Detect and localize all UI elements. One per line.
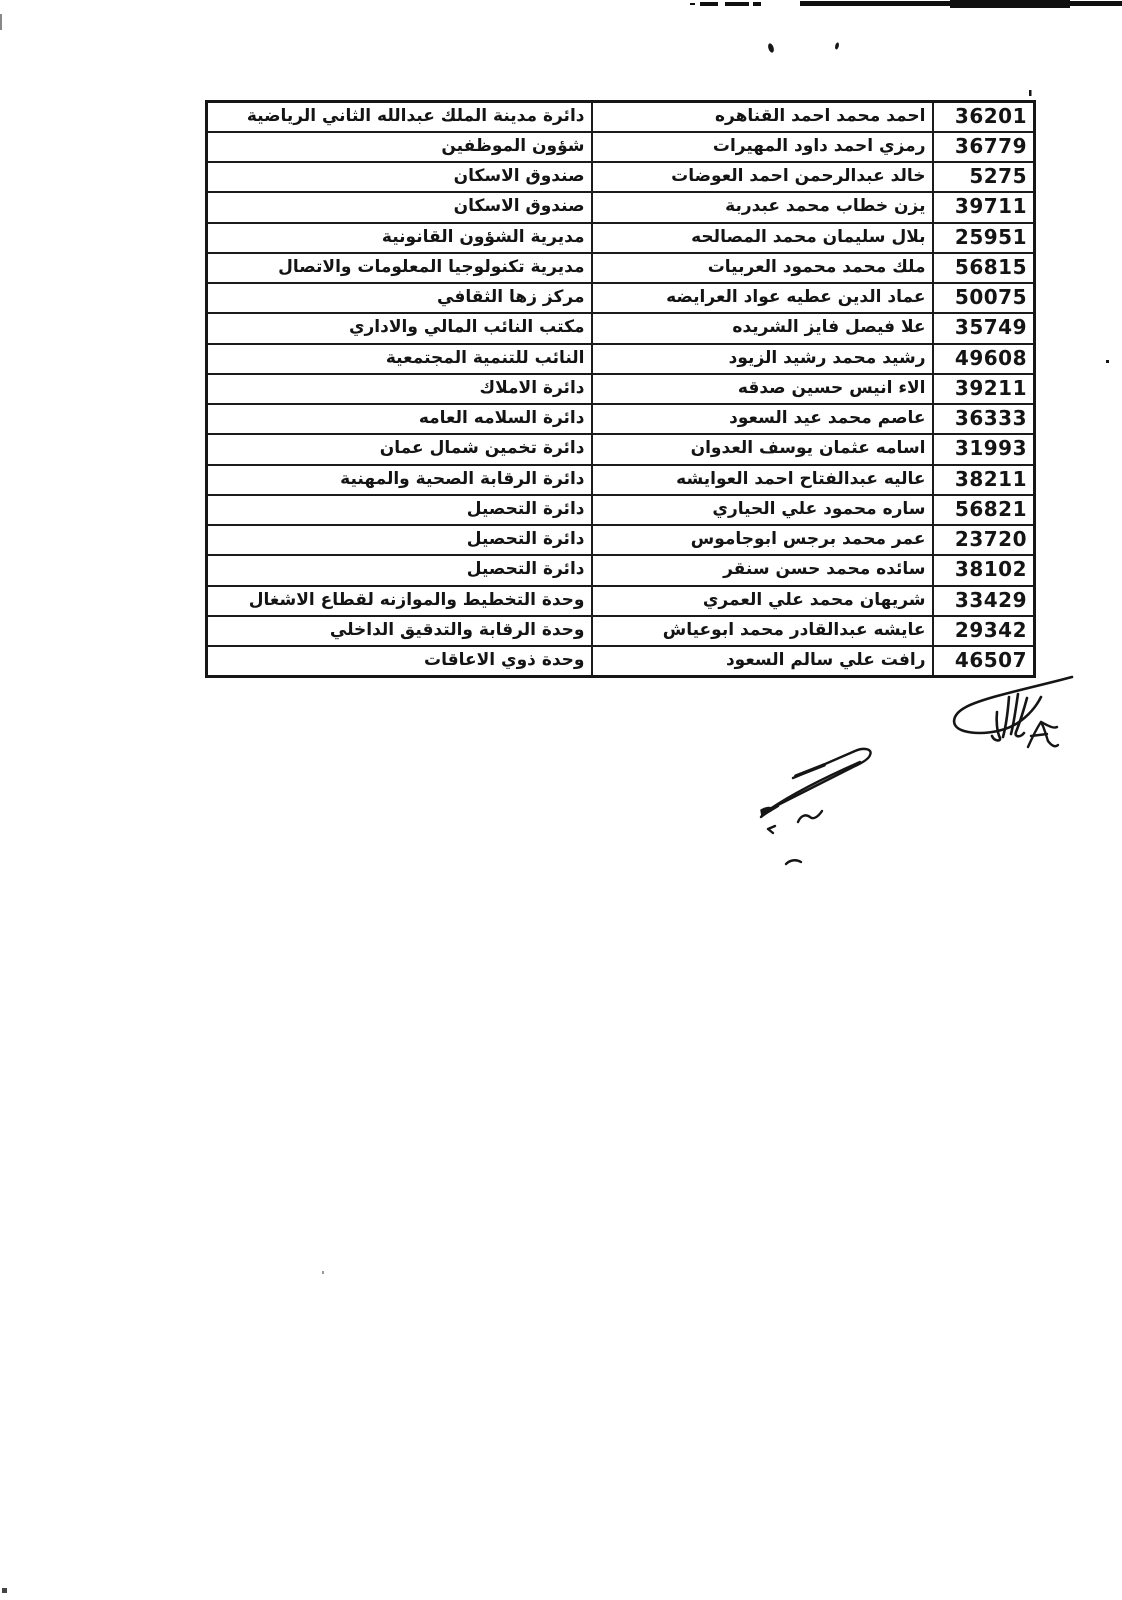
employee-name: اسامه عثمان يوسف العدوان bbox=[592, 434, 933, 464]
employee-number: 5275 bbox=[933, 162, 1035, 192]
employee-number: 36779 bbox=[933, 132, 1035, 162]
employee-department: مكتب النائب المالي والاداري bbox=[207, 313, 592, 343]
table-row: 46507 رافت علي سالم السعود وحدة ذوي الاع… bbox=[207, 646, 1035, 677]
signature-initial-icon bbox=[1028, 722, 1058, 747]
table-row: 25951 بلال سليمان محمد المصالحه مديرية ا… bbox=[207, 223, 1035, 253]
employee-number: 29342 bbox=[933, 616, 1035, 646]
employee-department: دائرة التحصيل bbox=[207, 525, 592, 555]
scanned-document-page: 36201 احمد محمد احمد القناهره دائرة مدين… bbox=[0, 0, 1122, 1600]
pen-scribble-icon bbox=[761, 749, 871, 864]
employee-name: ساره محمود علي الحياري bbox=[592, 495, 933, 525]
employee-department: دائرة التحصيل bbox=[207, 555, 592, 585]
employee-department: دائرة مدينة الملك عبدالله الثاني الرياضي… bbox=[207, 102, 592, 132]
employee-department: مركز زها الثقافي bbox=[207, 283, 592, 313]
table-row: 49608 رشيد محمد رشيد الزيود النائب للتنم… bbox=[207, 344, 1035, 374]
table-row: 39711 يزن خطاب محمد عبدربة صندوق الاسكان bbox=[207, 192, 1035, 222]
table-row: 38211 عاليه عبدالفتاح احمد العوايشه دائر… bbox=[207, 465, 1035, 495]
employee-department: النائب للتنمية المجتمعية bbox=[207, 344, 592, 374]
employee-number: 31993 bbox=[933, 434, 1035, 464]
employee-number: 56815 bbox=[933, 253, 1035, 283]
employee-name: سائده محمد حسن سنقر bbox=[592, 555, 933, 585]
table-row: 39211 الاء انيس حسين صدقه دائرة الاملاك bbox=[207, 374, 1035, 404]
employee-name: رافت علي سالم السعود bbox=[592, 646, 933, 677]
employee-department: دائرة الرقابة الصحية والمهنية bbox=[207, 465, 592, 495]
employee-name: بلال سليمان محمد المصالحه bbox=[592, 223, 933, 253]
employee-department: دائرة الاملاك bbox=[207, 374, 592, 404]
employee-name: عاليه عبدالفتاح احمد العوايشه bbox=[592, 465, 933, 495]
employee-name: شريهان محمد علي العمري bbox=[592, 586, 933, 616]
employee-roster-table: 36201 احمد محمد احمد القناهره دائرة مدين… bbox=[205, 100, 1036, 678]
signature-icon bbox=[954, 677, 1072, 740]
employee-department: دائرة التحصيل bbox=[207, 495, 592, 525]
table-row: 29342 عايشه عبدالقادر محمد ابوعياش وحدة … bbox=[207, 616, 1035, 646]
employee-department: دائرة السلامه العامه bbox=[207, 404, 592, 434]
table-row: 33429 شريهان محمد علي العمري وحدة التخطي… bbox=[207, 586, 1035, 616]
scanner-edge-artifact-icon bbox=[690, 0, 1122, 8]
employee-department: صندوق الاسكان bbox=[207, 162, 592, 192]
employee-name: خالد عبدالرحمن احمد العوضات bbox=[592, 162, 933, 192]
table-row: 31993 اسامه عثمان يوسف العدوان دائرة تخم… bbox=[207, 434, 1035, 464]
employee-number: 38102 bbox=[933, 555, 1035, 585]
employee-name: عمر محمد برجس ابوجاموس bbox=[592, 525, 933, 555]
employee-number: 23720 bbox=[933, 525, 1035, 555]
employee-number: 56821 bbox=[933, 495, 1035, 525]
employee-number: 36333 bbox=[933, 404, 1035, 434]
employee-number: 35749 bbox=[933, 313, 1035, 343]
employee-name: عاصم محمد عيد السعود bbox=[592, 404, 933, 434]
employee-department: دائرة تخمين شمال عمان bbox=[207, 434, 592, 464]
table-row: 36333 عاصم محمد عيد السعود دائرة السلامه… bbox=[207, 404, 1035, 434]
employee-department: صندوق الاسكان bbox=[207, 192, 592, 222]
table-row: 5275 خالد عبدالرحمن احمد العوضات صندوق ا… bbox=[207, 162, 1035, 192]
employee-department: مديرية الشؤون القانونية bbox=[207, 223, 592, 253]
employee-number: 25951 bbox=[933, 223, 1035, 253]
table-row: 23720 عمر محمد برجس ابوجاموس دائرة التحص… bbox=[207, 525, 1035, 555]
employee-name: احمد محمد احمد القناهره bbox=[592, 102, 933, 132]
employee-department: شؤون الموظفين bbox=[207, 132, 592, 162]
employee-name: رمزي احمد داود المهيرات bbox=[592, 132, 933, 162]
employee-number: 39711 bbox=[933, 192, 1035, 222]
employee-number: 36201 bbox=[933, 102, 1035, 132]
table-row: 38102 سائده محمد حسن سنقر دائرة التحصيل bbox=[207, 555, 1035, 585]
employee-name: عايشه عبدالقادر محمد ابوعياش bbox=[592, 616, 933, 646]
employee-number: 50075 bbox=[933, 283, 1035, 313]
employee-department: وحدة ذوي الاعاقات bbox=[207, 646, 592, 677]
employee-department: مديرية تكنولوجيا المعلومات والاتصال bbox=[207, 253, 592, 283]
employee-number: 33429 bbox=[933, 586, 1035, 616]
employee-number: 39211 bbox=[933, 374, 1035, 404]
employee-number: 49608 bbox=[933, 344, 1035, 374]
employee-department: وحدة التخطيط والموازنه لقطاع الاشغال bbox=[207, 586, 592, 616]
roster-body: 36201 احمد محمد احمد القناهره دائرة مدين… bbox=[207, 102, 1035, 677]
employee-number: 46507 bbox=[933, 646, 1035, 677]
employee-number: 38211 bbox=[933, 465, 1035, 495]
table-row: 56815 ملك محمد محمود العربيات مديرية تكن… bbox=[207, 253, 1035, 283]
table-row: 56821 ساره محمود علي الحياري دائرة التحص… bbox=[207, 495, 1035, 525]
table-row: 36779 رمزي احمد داود المهيرات شؤون الموظ… bbox=[207, 132, 1035, 162]
employee-name: ملك محمد محمود العربيات bbox=[592, 253, 933, 283]
employee-name: عماد الدين عطيه عواد العرايضه bbox=[592, 283, 933, 313]
table-row: 35749 علا فيصل فايز الشريده مكتب النائب … bbox=[207, 313, 1035, 343]
employee-name: الاء انيس حسين صدقه bbox=[592, 374, 933, 404]
employee-name: رشيد محمد رشيد الزيود bbox=[592, 344, 933, 374]
employee-name: يزن خطاب محمد عبدربة bbox=[592, 192, 933, 222]
table-row: 36201 احمد محمد احمد القناهره دائرة مدين… bbox=[207, 102, 1035, 132]
employee-department: وحدة الرقابة والتدقيق الداخلي bbox=[207, 616, 592, 646]
table-row: 50075 عماد الدين عطيه عواد العرايضه مركز… bbox=[207, 283, 1035, 313]
employee-name: علا فيصل فايز الشريده bbox=[592, 313, 933, 343]
